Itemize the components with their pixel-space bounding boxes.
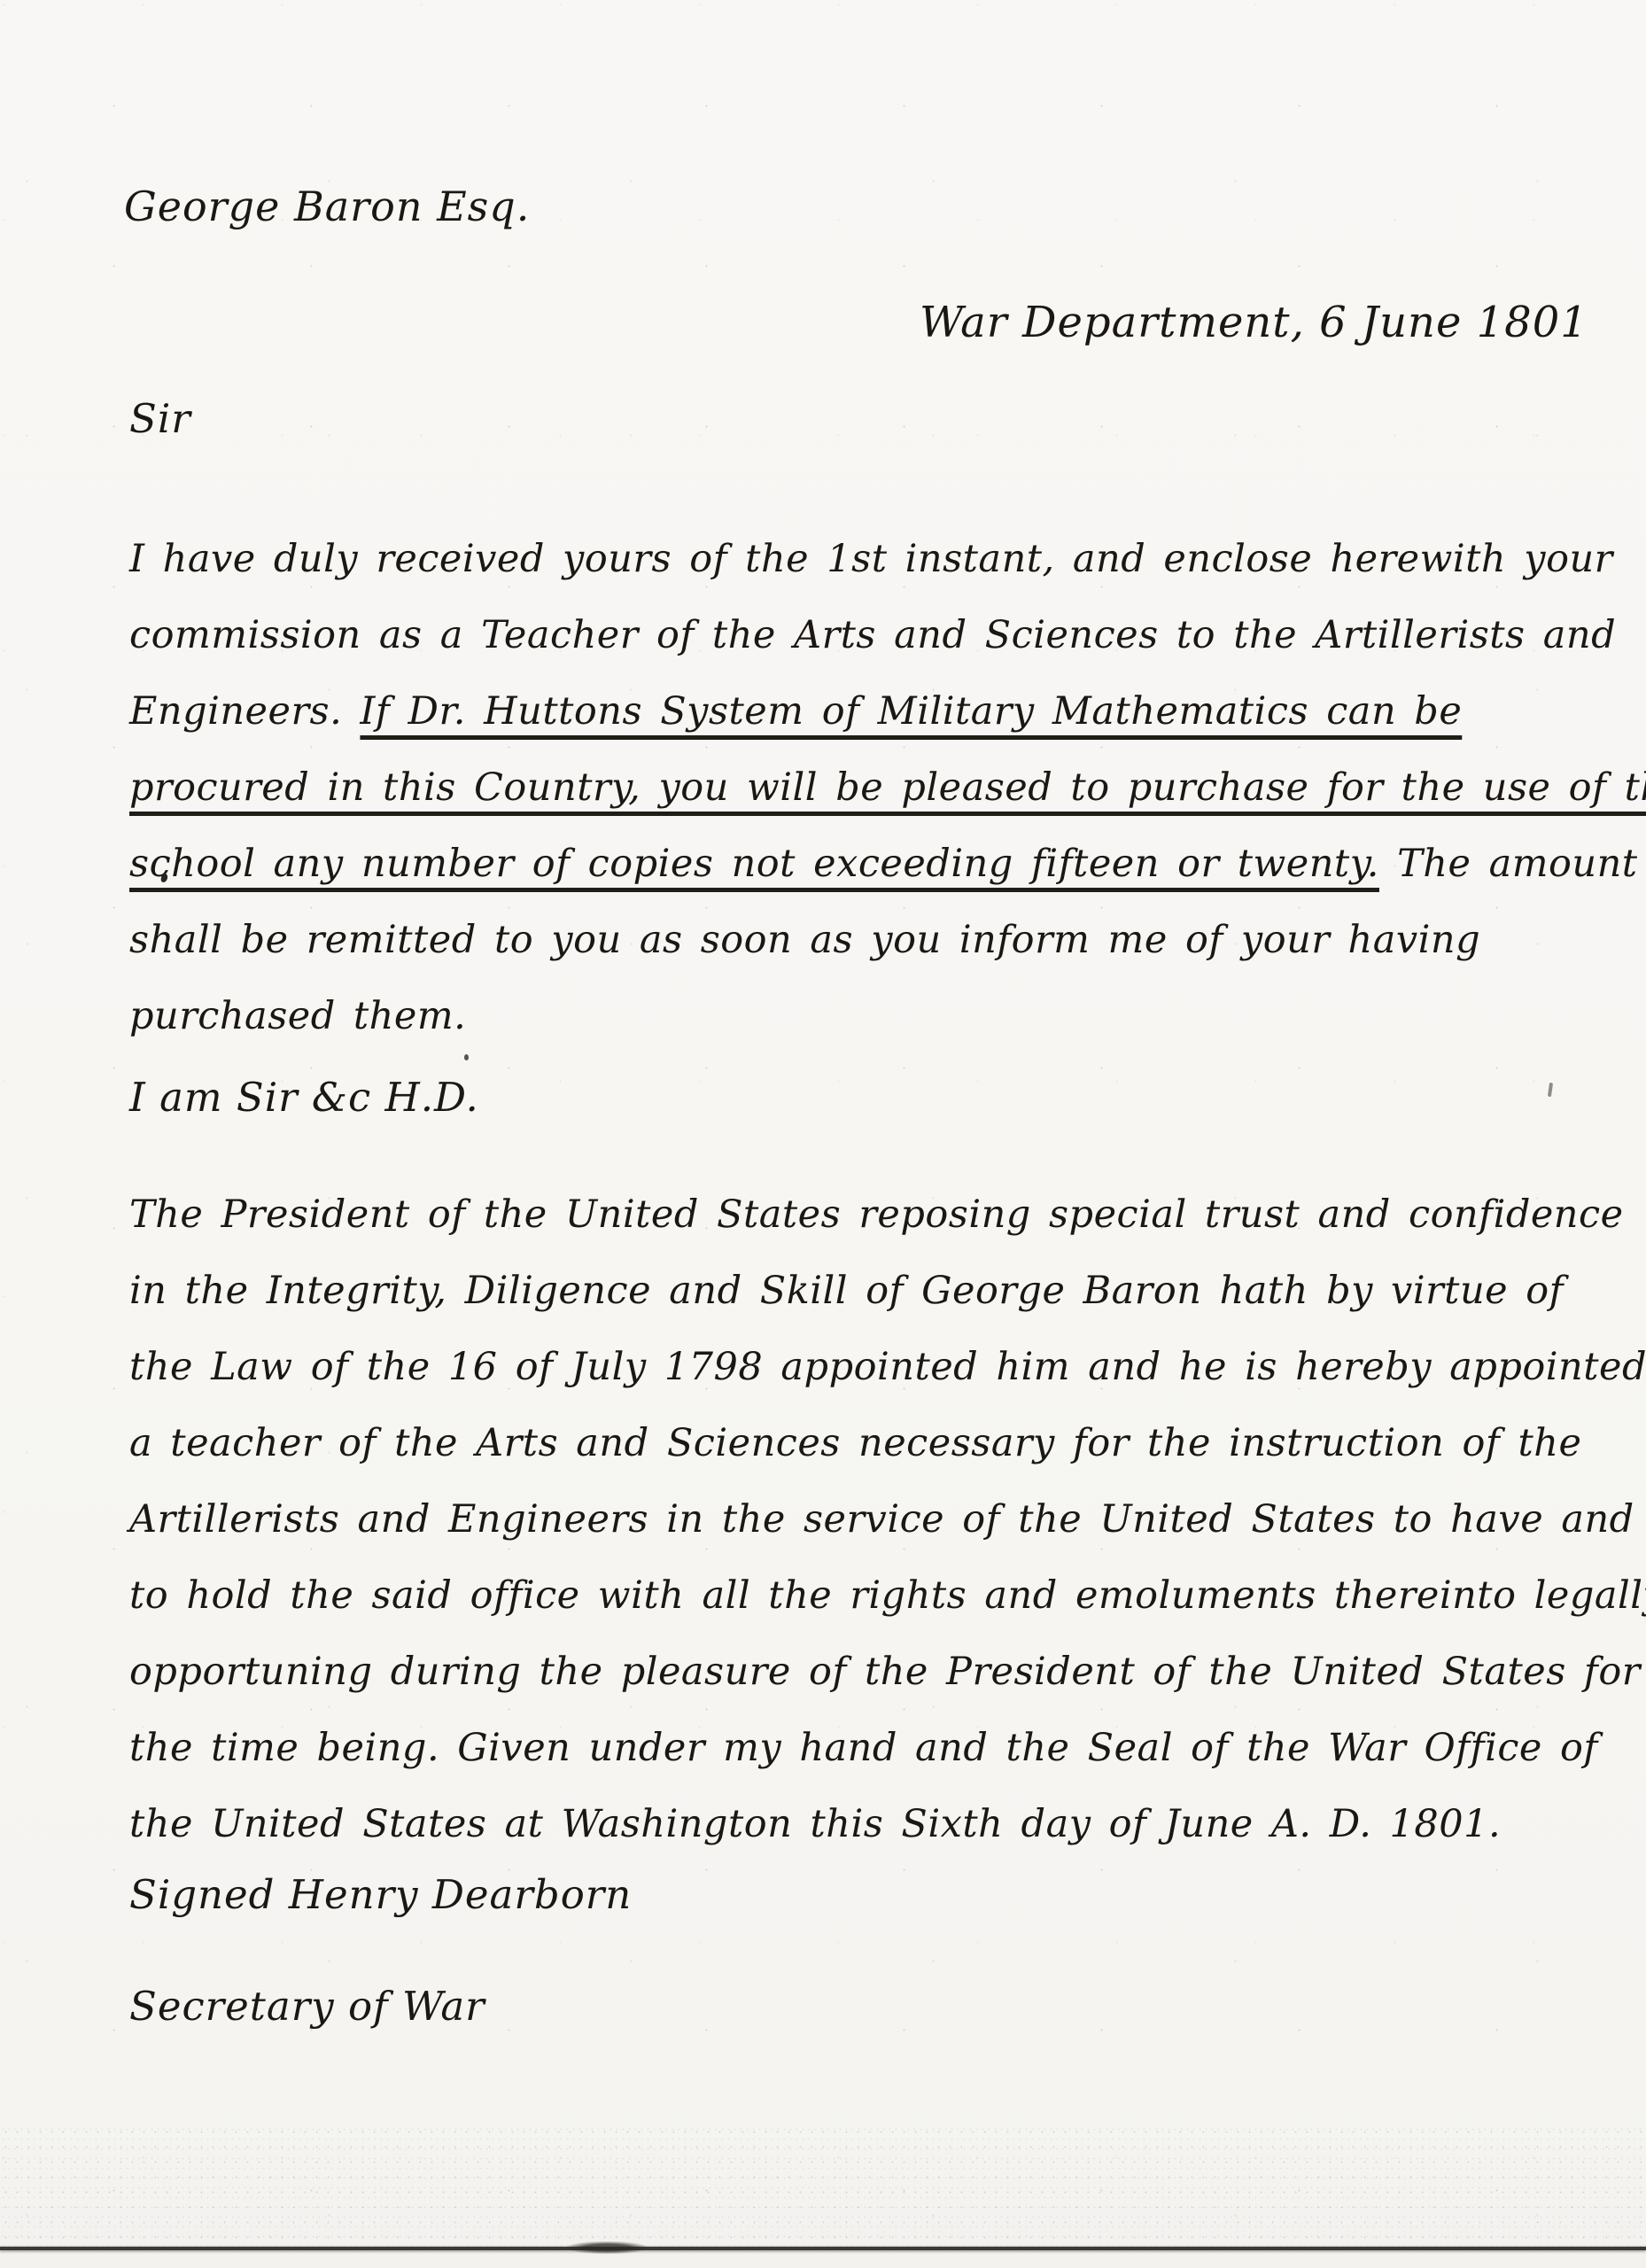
- letter-line: to hold the said office with all the rig…: [129, 1557, 1646, 1634]
- letter-line: a teacher of the Arts and Sciences neces…: [129, 1405, 1646, 1481]
- scan-noise-band: [0, 2124, 1646, 2247]
- underlined-passage: school any number of copies not exceedin…: [129, 842, 1379, 886]
- dateline: War Department, 6 June 1801: [920, 298, 1588, 347]
- ink-speck: [464, 1054, 469, 1060]
- letter-line: procured in this Country, you will be pl…: [129, 750, 1646, 826]
- interim-closing-line: I am Sir &c H.D.: [129, 1074, 479, 1121]
- ink-speck: [1548, 1083, 1553, 1097]
- body-paragraph-1: I have duly received yours of the 1st in…: [129, 521, 1646, 1054]
- scan-edge-smudge: [567, 2241, 647, 2254]
- letter-line: I have duly received yours of the 1st in…: [129, 521, 1646, 597]
- recipient-line: George Baron Esq.: [124, 183, 530, 230]
- letter-line: opportuning during the pleasure of the P…: [129, 1634, 1646, 1710]
- signature-title-line: Secretary of War: [129, 1983, 485, 2030]
- letter-line: the United States at Washington this Six…: [129, 1786, 1646, 1862]
- commission-paragraph: The President of the United States repos…: [129, 1177, 1646, 1862]
- letter-line: the Law of the 16 of July 1798 appointed…: [129, 1329, 1646, 1405]
- line-segment-plain: The amount: [1379, 842, 1638, 886]
- scan-edge-line: [0, 2247, 1646, 2250]
- letter-line: shall be remitted to you as soon as you …: [129, 902, 1646, 978]
- letter-line: purchased them.: [129, 978, 1646, 1054]
- underlined-passage: If Dr. Huttons System of Military Mathem…: [360, 689, 1462, 734]
- underlined-passage: procured in this Country, you will be pl…: [129, 765, 1646, 810]
- salutation: Sir: [129, 395, 191, 442]
- letter-line: Artillerists and Engineers in the servic…: [129, 1481, 1646, 1557]
- line-segment-plain: Engineers.: [129, 689, 360, 734]
- letter-line: The President of the United States repos…: [129, 1177, 1646, 1253]
- letter-line: commission as a Teacher of the Arts and …: [129, 597, 1646, 673]
- letter-line: school any number of copies not exceedin…: [129, 826, 1646, 902]
- letter-line: Engineers. If Dr. Huttons System of Mili…: [129, 673, 1646, 750]
- letter-line: the time being. Given under my hand and …: [129, 1710, 1646, 1786]
- signature-line: Signed Henry Dearborn: [129, 1871, 632, 1918]
- letter-line: in the Integrity, Diligence and Skill of…: [129, 1253, 1646, 1329]
- scanned-letter-page: George Baron Esq. War Department, 6 June…: [0, 0, 1646, 2268]
